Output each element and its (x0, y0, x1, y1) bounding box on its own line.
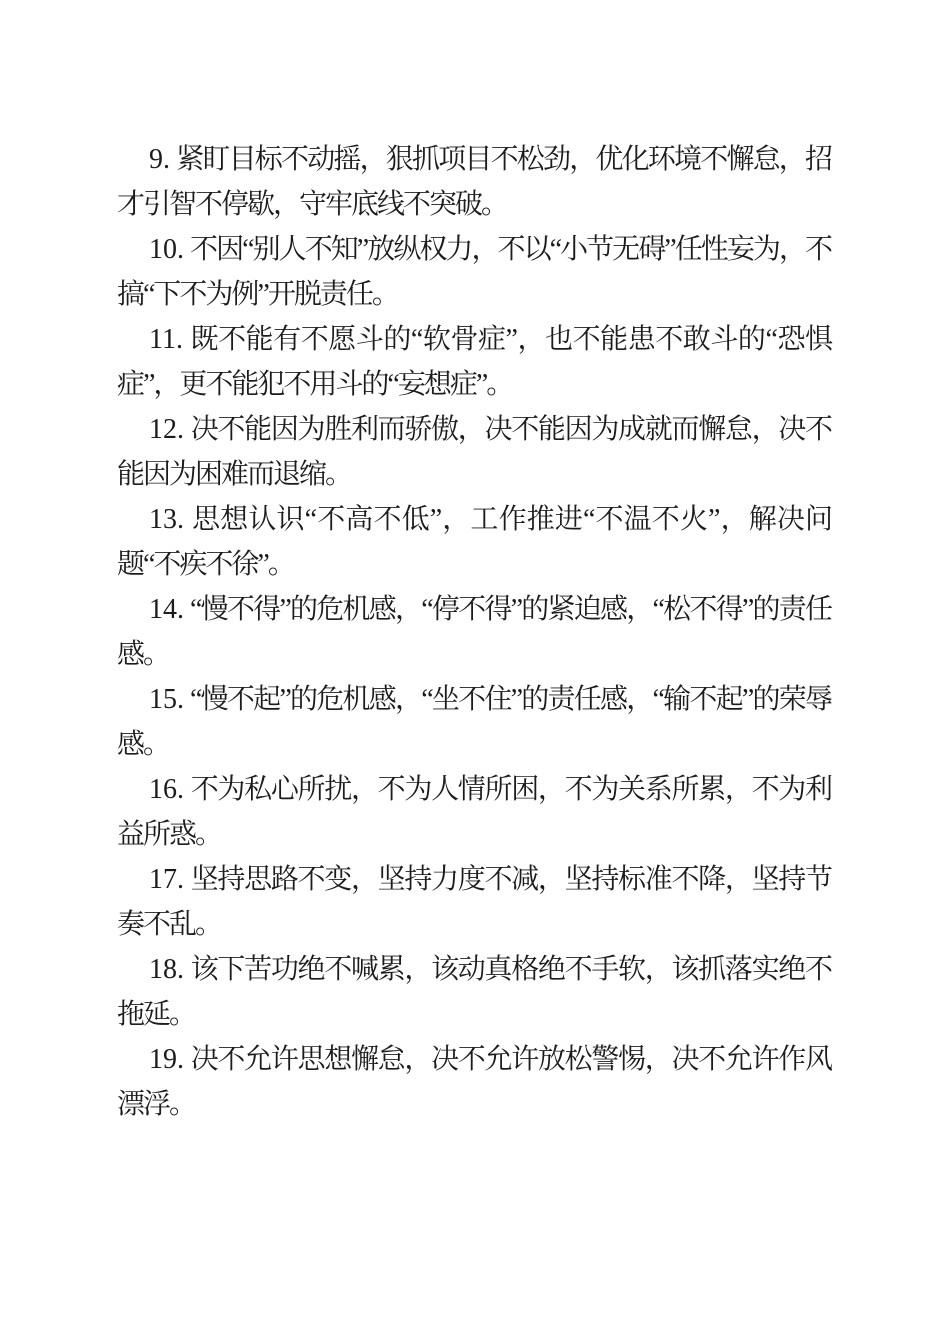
item-text: 不为私心所扰，不为人情所困，不为关系所累，不为利益所惑。 (117, 774, 831, 850)
item-number: 13. (149, 504, 184, 535)
numbered-item-12: 12.决不能因为胜利而骄傲，决不能因为成就而懈怠，决不能因为困难而退缩。 (117, 407, 831, 497)
item-number: 15. (149, 684, 184, 715)
item-text: 紧盯目标不动摇，狠抓项目不松劲，优化环境不懈怠，招才引智不停歇，守牢底线不突破。 (117, 144, 831, 220)
item-number: 18. (149, 954, 184, 985)
item-number: 12. (149, 414, 184, 445)
item-text: 决不允许思想懈怠，决不允许放松警惕，决不允许作风漂浮。 (117, 1044, 831, 1120)
item-number: 14. (149, 594, 184, 625)
item-text: 坚持思路不变，坚持力度不减，坚持标准不降，坚持节奏不乱。 (117, 864, 831, 940)
item-text: 既不能有不愿斗的“软骨症”，也不能患不敢斗的“恐惧症”，更不能犯不用斗的“妄想症… (117, 324, 831, 400)
numbered-item-11: 11.既不能有不愿斗的“软骨症”，也不能患不敢斗的“恐惧症”，更不能犯不用斗的“… (117, 317, 831, 407)
item-number: 9. (149, 144, 170, 175)
item-text: 该下苦功绝不喊累，该动真格绝不手软，该抓落实绝不拖延。 (117, 954, 831, 1030)
numbered-item-14: 14.“慢不得”的危机感，“停不得”的紧迫感，“松不得”的责任感。 (117, 587, 831, 677)
item-text: “慢不得”的危机感，“停不得”的紧迫感，“松不得”的责任感。 (117, 594, 831, 670)
numbered-item-18: 18.该下苦功绝不喊累，该动真格绝不手软，该抓落实绝不拖延。 (117, 947, 831, 1037)
document-page: 9.紧盯目标不动摇，狠抓项目不松劲，优化环境不懈怠，招才引智不停歇，守牢底线不突… (0, 0, 950, 1344)
item-text: “慢不起”的危机感，“坐不住”的责任感，“输不起”的荣辱感。 (117, 684, 831, 760)
numbered-item-17: 17.坚持思路不变，坚持力度不减，坚持标准不降，坚持节奏不乱。 (117, 857, 831, 947)
item-number: 16. (149, 774, 184, 805)
numbered-item-16: 16.不为私心所扰，不为人情所困，不为关系所累，不为利益所惑。 (117, 767, 831, 857)
numbered-item-19: 19.决不允许思想懈怠，决不允许放松警惕，决不允许作风漂浮。 (117, 1037, 831, 1127)
document-body: 9.紧盯目标不动摇，狠抓项目不松劲，优化环境不懈怠，招才引智不停歇，守牢底线不突… (117, 137, 831, 1127)
numbered-item-10: 10.不因“别人不知”放纵权力，不以“小节无碍”任性妄为，不搞“下不为例”开脱责… (117, 227, 831, 317)
item-text: 不因“别人不知”放纵权力，不以“小节无碍”任性妄为，不搞“下不为例”开脱责任。 (117, 234, 831, 310)
numbered-item-9: 9.紧盯目标不动摇，狠抓项目不松劲，优化环境不懈怠，招才引智不停歇，守牢底线不突… (117, 137, 831, 227)
item-number: 11. (149, 324, 183, 355)
item-number: 17. (149, 864, 184, 895)
item-text: 决不能因为胜利而骄傲，决不能因为成就而懈怠，决不能因为困难而退缩。 (117, 414, 831, 490)
item-text: 思想认识“不高不低”，工作推进“不温不火”，解决问题“不疾不徐”。 (117, 504, 831, 580)
item-number: 19. (149, 1044, 184, 1075)
numbered-item-13: 13.思想认识“不高不低”，工作推进“不温不火”，解决问题“不疾不徐”。 (117, 497, 831, 587)
numbered-item-15: 15.“慢不起”的危机感，“坐不住”的责任感，“输不起”的荣辱感。 (117, 677, 831, 767)
item-number: 10. (149, 234, 184, 265)
